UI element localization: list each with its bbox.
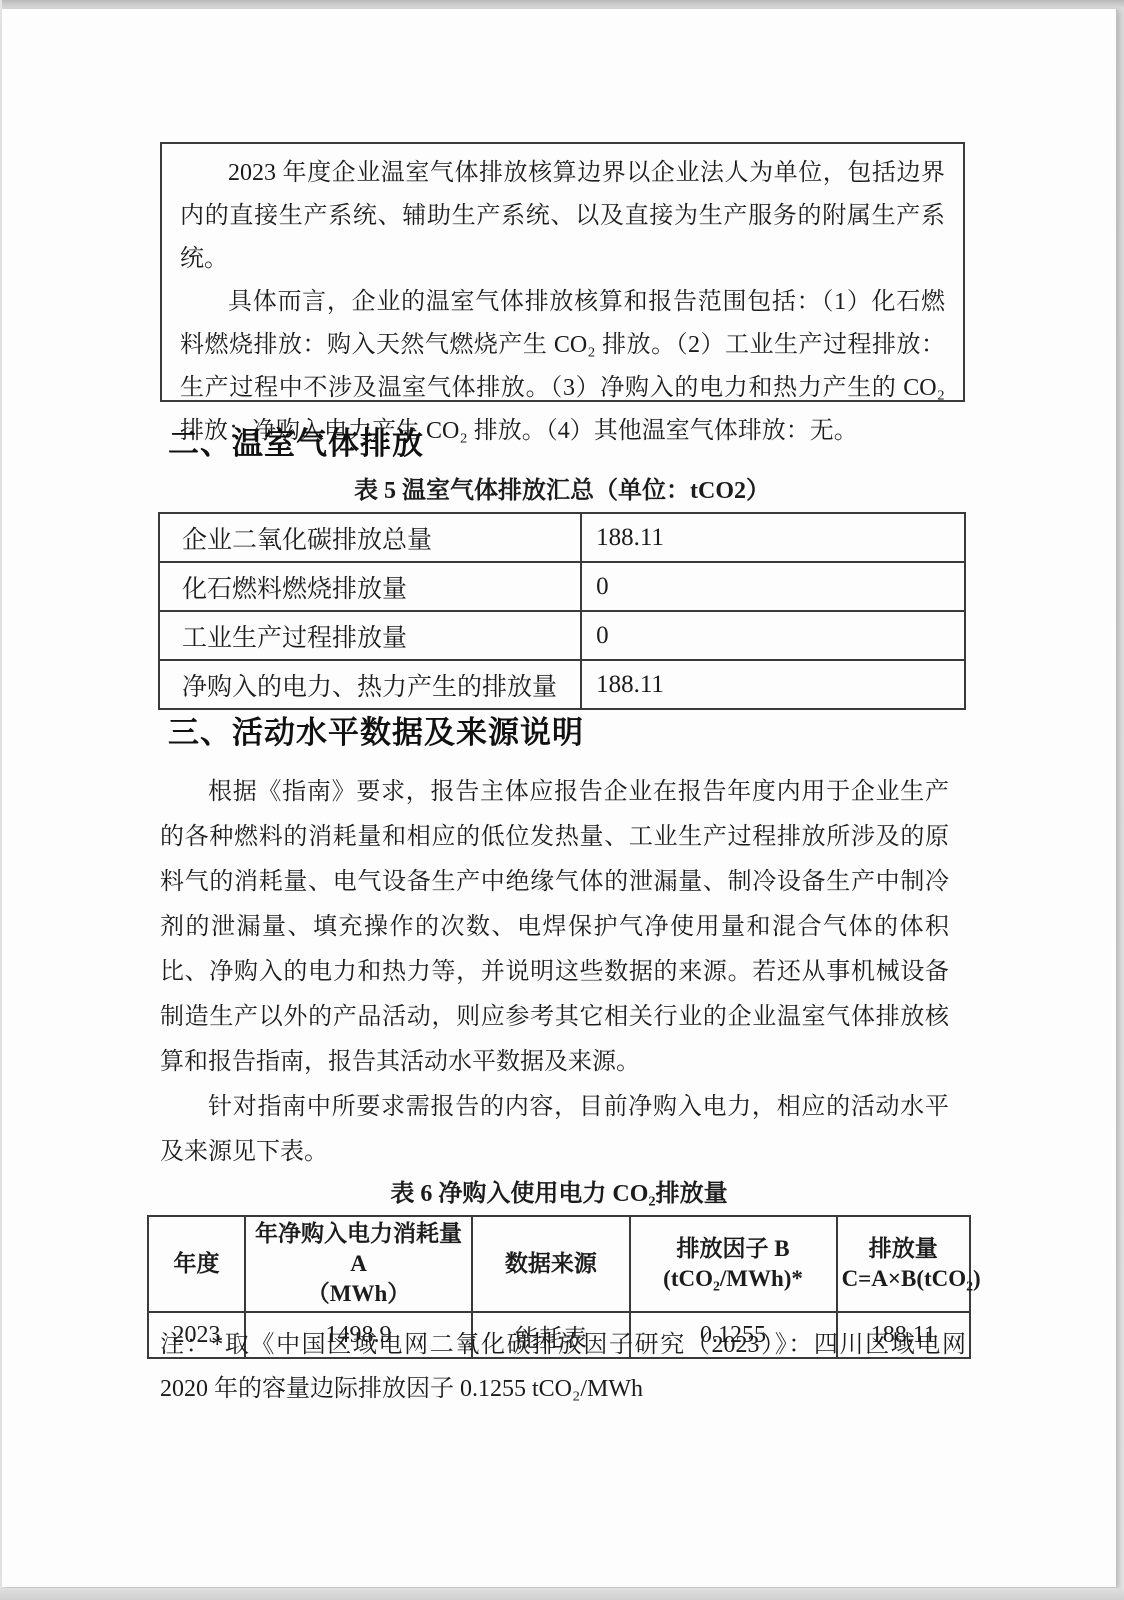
table5-value: 188.11	[581, 660, 965, 709]
table5-value: 0	[581, 611, 965, 660]
table-row: 化石燃料燃烧排放量 0	[159, 562, 965, 611]
table6-footnote: 注：*取《中国区域电网二氧化碳排放因子研究（2023）》：四川区域电网 2020…	[160, 1323, 966, 1411]
table6-header-year: 年度	[148, 1216, 245, 1312]
activity-paragraph-1: 根据《指南》要求，报告主体应报告企业在报告年度内用于企业生产的各种燃料的消耗量和…	[160, 770, 949, 1085]
table6-header-source: 数据来源	[472, 1216, 629, 1312]
table5-caption: 表 5 温室气体排放汇总（单位：tCO2）	[158, 470, 966, 505]
header-line: 排放量	[842, 1234, 965, 1264]
boundary-paragraph-1: 2023 年度企业温室气体排放核算边界以企业法人为单位，包括边界内的直接生产系统…	[180, 152, 945, 281]
header-line: C=A×B(tCO₂)	[842, 1264, 965, 1294]
document-page: 2023 年度企业温室气体排放核算边界以企业法人为单位，包括边界内的直接生产系统…	[2, 9, 1117, 1587]
table5-label: 净购入的电力、热力产生的排放量	[159, 660, 581, 709]
table-header-row: 年度 年净购入电力消耗量 A （MWh） 数据来源 排放因子 B (tCO₂/M…	[148, 1216, 970, 1312]
table5-value: 188.11	[581, 513, 965, 562]
table6-header-emissions: 排放量 C=A×B(tCO₂)	[837, 1216, 970, 1312]
table5-ghg-summary: 企业二氧化碳排放总量 188.11 化石燃料燃烧排放量 0 工业生产过程排放量 …	[158, 512, 966, 710]
table5-value: 0	[581, 562, 965, 611]
header-line: (tCO₂/MWh)*	[635, 1264, 832, 1294]
section-heading-ghg-emissions: 二、温室气体排放	[168, 418, 424, 463]
activity-data-text: 根据《指南》要求，报告主体应报告企业在报告年度内用于企业生产的各种燃料的消耗量和…	[160, 770, 949, 1175]
table6-header-factor: 排放因子 B (tCO₂/MWh)*	[630, 1216, 837, 1312]
table6-caption: 表 6 净购入使用电力 CO₂排放量	[147, 1173, 971, 1208]
section-heading-activity-data: 三、活动水平数据及来源说明	[168, 707, 584, 752]
header-line: （MWh）	[250, 1279, 467, 1309]
scanned-report-page: { "box": { "p1": "2023 年度企业温室气体排放核算边界以企业…	[0, 0, 1124, 1600]
table5-label: 企业二氧化碳排放总量	[159, 513, 581, 562]
header-line: 年度	[153, 1249, 240, 1279]
table-row: 企业二氧化碳排放总量 188.11	[159, 513, 965, 562]
header-line: 数据来源	[477, 1249, 624, 1279]
header-line: 排放因子 B	[635, 1234, 832, 1264]
header-line: 年净购入电力消耗量 A	[250, 1219, 467, 1279]
table5-label: 化石燃料燃烧排放量	[159, 562, 581, 611]
table5-label: 工业生产过程排放量	[159, 611, 581, 660]
boundary-statement-box: 2023 年度企业温室气体排放核算边界以企业法人为单位，包括边界内的直接生产系统…	[160, 142, 965, 402]
table6-header-consumption: 年净购入电力消耗量 A （MWh）	[245, 1216, 472, 1312]
table-row: 净购入的电力、热力产生的排放量 188.11	[159, 660, 965, 709]
scan-bottom-edge	[0, 1588, 1124, 1600]
table-row: 工业生产过程排放量 0	[159, 611, 965, 660]
activity-paragraph-2: 针对指南中所要求需报告的内容，目前净购入电力，相应的活动水平及来源见下表。	[160, 1085, 949, 1175]
